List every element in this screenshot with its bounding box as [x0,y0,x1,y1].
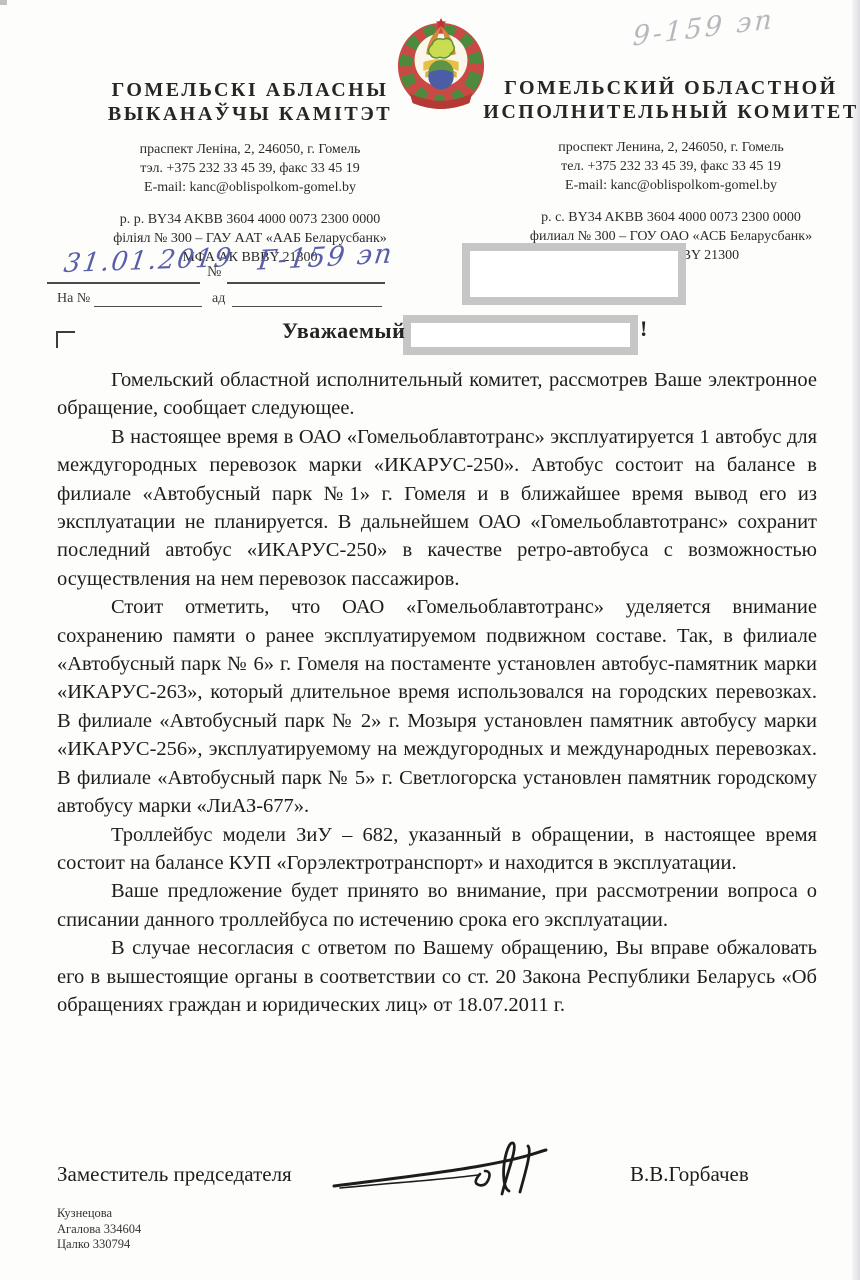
contact-line: Кузнецова [57,1206,141,1222]
contact-line: Цалко 330794 [57,1237,141,1253]
bank-line: р. р. BY34 AKBB 3604 4000 0073 2300 0000 [50,210,450,229]
address-line: E-mail: kanc@oblispolkom-gomel.by [50,178,450,197]
org-address-ru: проспект Ленина, 2, 246050, г. Гомель те… [482,138,860,195]
reply-to-label: На № [57,291,90,307]
ref-number-underline [227,282,385,284]
signer-position-title: Заместитель председателя [57,1162,292,1187]
org-title-ru-line2: ИСПОЛНИТЕЛЬНЫЙ КОМИТЕТ [482,100,860,124]
letter-body: Гомельский областной исполнительный коми… [57,366,817,1019]
org-title-ru-line1: ГОМЕЛЬСКИЙ ОБЛАСТНОЙ [482,76,860,100]
address-line: тел. +375 232 33 45 39, факс 33 45 19 [482,157,860,176]
salutation-text: Уважаемый [282,318,405,344]
paragraph: Ваше предложение будет принято во вниман… [57,877,817,934]
org-title-by-line1: ГОМЕЛЬСКІ АБЛАСНЫ [50,78,450,102]
bank-line: р. с. BY34 AKBB 3604 4000 0073 2300 0000 [482,208,860,227]
org-address-by: праспект Леніна, 2, 246050, г. Гомель тэ… [50,140,450,197]
paragraph: Гомельский областной исполнительный коми… [57,366,817,423]
reply-number-underline [94,306,202,307]
reply-from-label: ад [212,291,225,307]
number-sign-label: № [207,264,221,281]
signer-name: В.В.Горбачев [630,1162,749,1187]
org-title-by: ГОМЕЛЬСКІ АБЛАСНЫ ВЫКАНАЎЧЫ КАМІТЭТ [50,78,450,126]
paragraph: В случае несогласия с ответом по Вашему … [57,934,817,1019]
org-title-ru: ГОМЕЛЬСКИЙ ОБЛАСТНОЙ ИСПОЛНИТЕЛЬНЫЙ КОМИ… [482,76,860,124]
paragraph: Стоит отметить, что ОАО «Гомельоблавтотр… [57,593,817,820]
pencil-annotation: 9-159 эп [632,0,852,53]
address-line: E-mail: kanc@oblispolkom-gomel.by [482,176,860,195]
salutation-exclamation: ! [640,316,647,342]
paragraph: В настоящее время в ОАО «Гомельоблавтотр… [57,423,817,593]
addressee-corner-mark [56,331,75,348]
paragraph: Троллейбус модели ЗиУ – 682, указанный в… [57,821,817,878]
scan-artifact [0,0,7,5]
reply-date-underline [232,306,382,307]
date-underline [47,282,200,284]
org-title-by-line2: ВЫКАНАЎЧЫ КАМІТЭТ [50,102,450,126]
address-line: тэл. +375 232 33 45 39, факс 33 45 19 [50,159,450,178]
executor-contacts: Кузнецова Агалова 334604 Цалко 330794 [57,1206,141,1253]
contact-line: Агалова 334604 [57,1222,141,1238]
redaction-box-recipient-name [403,315,638,355]
letterhead-russian: ГОМЕЛЬСКИЙ ОБЛАСТНОЙ ИСПОЛНИТЕЛЬНЫЙ КОМИ… [482,76,860,265]
redaction-box-recipient-address [462,243,686,305]
address-line: проспект Ленина, 2, 246050, г. Гомель [482,138,860,157]
scanned-letter-page: 9-159 эп ГОМЕЛЬСКІ АБЛАСНЫ ВЫКАНАЎЧЫ КАМ… [0,0,860,1280]
address-line: праспект Леніна, 2, 246050, г. Гомель [50,140,450,159]
signature-scribble [330,1140,550,1200]
handwritten-ref-number: Г-159 эп [256,238,395,276]
